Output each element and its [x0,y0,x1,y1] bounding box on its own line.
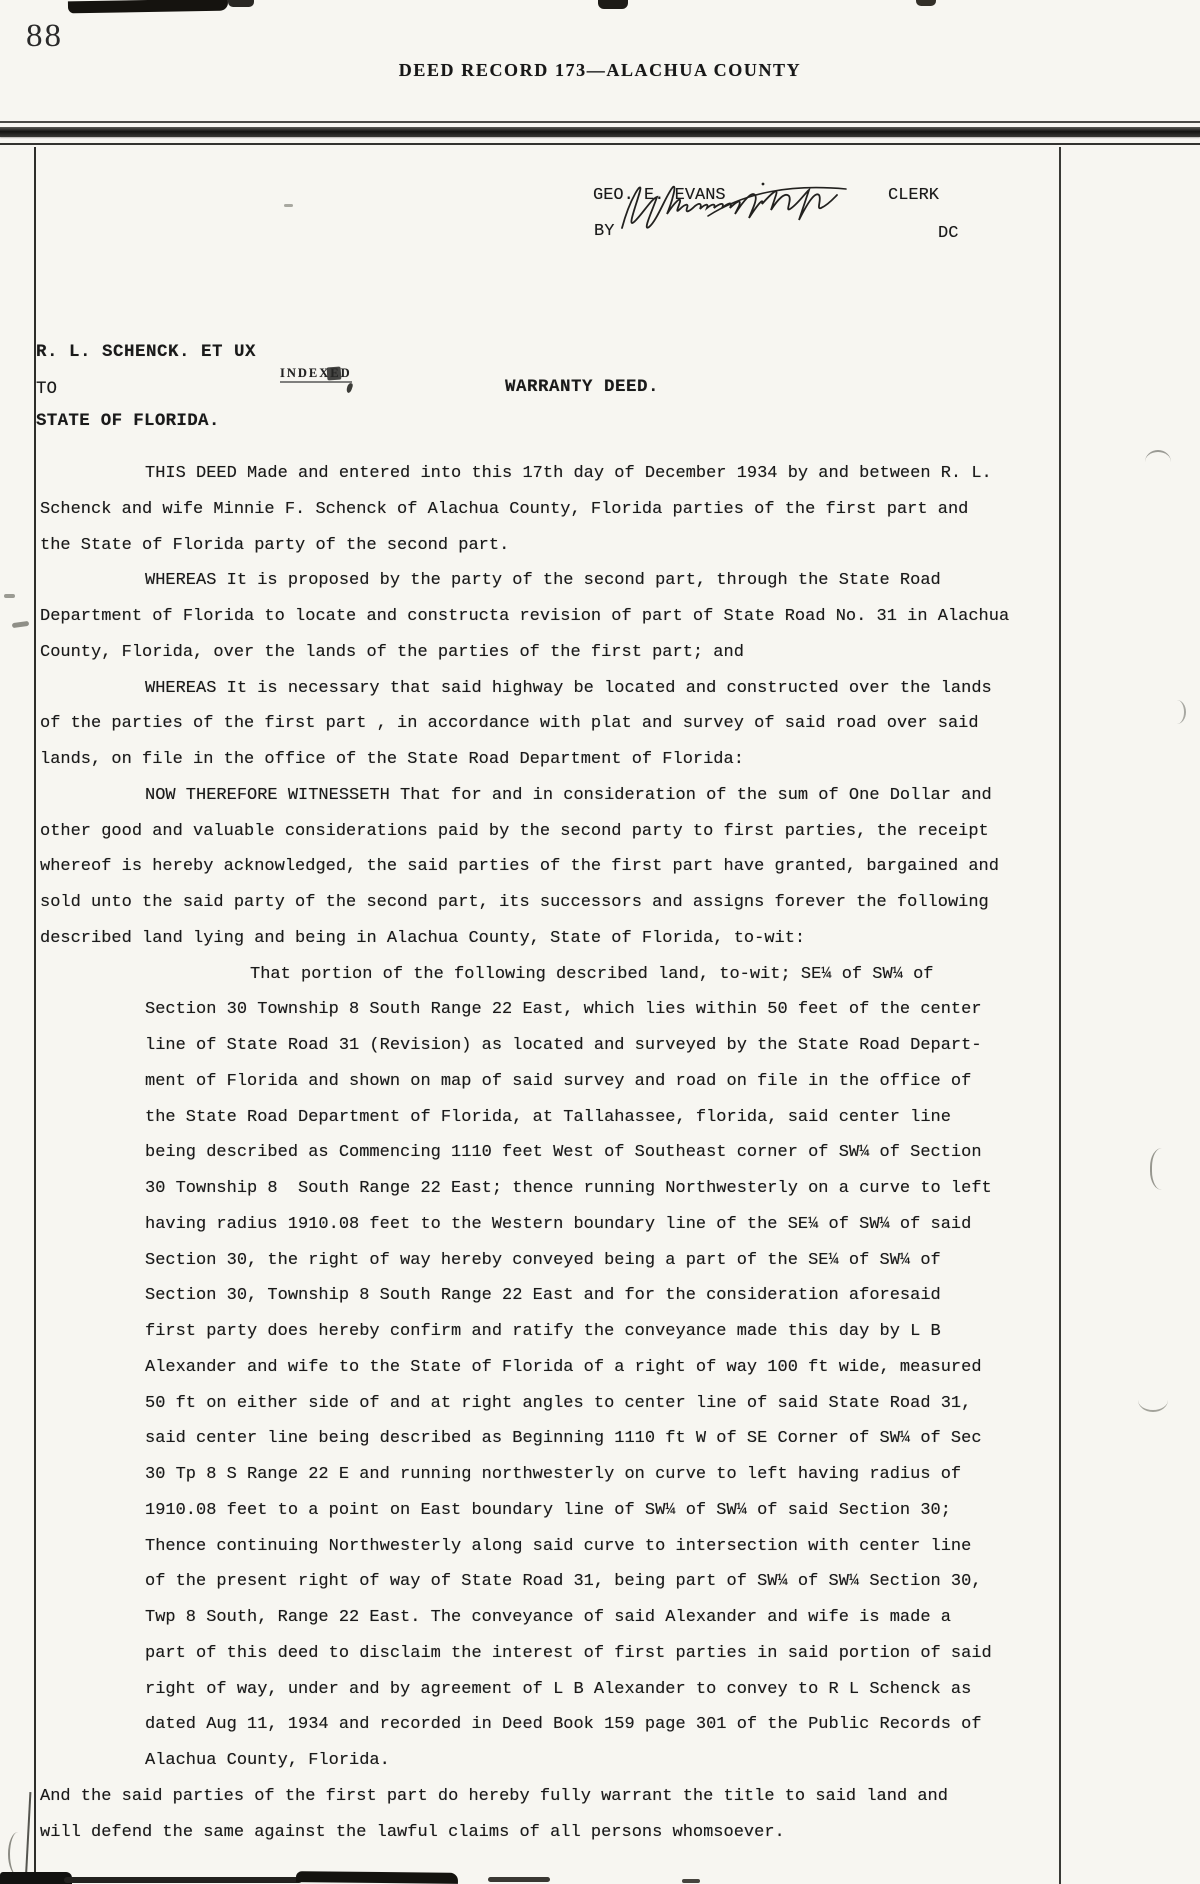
body-line: Section 30, Township 8 South Range 22 Ea… [40,1278,1190,1314]
scan-arc-artifact-1 [1145,450,1171,474]
body-line: lands, on file in the office of the Stat… [40,742,1190,778]
body-line: part of this deed to disclaim the intere… [40,1636,1190,1672]
scan-artifact-top-1 [68,0,228,13]
body-line: will defend the same against the lawful … [40,1815,1190,1851]
deputy-clerk-initials: DC [938,224,958,243]
body-line: of the parties of the first part , in ac… [40,706,1190,742]
body-line: Thence continuing Northwesterly along sa… [40,1529,1190,1565]
body-line: of the present right of way of State Roa… [40,1564,1190,1600]
body-line: THIS DEED Made and entered into this 17t… [40,456,1190,492]
body-line: 30 Township 8 South Range 22 East; thenc… [40,1171,1190,1207]
page-number: 88 [26,18,63,55]
caption-to-label: TO [36,379,57,399]
divider-rule-thin-top [0,121,1200,123]
body-line: 50 ft on either side of and at right ang… [40,1386,1190,1422]
body-line: NOW THEREFORE WITNESSETH That for and in… [40,778,1190,814]
body-line: the State of Florida party of the second… [40,528,1190,564]
body-line: That portion of the following described … [40,957,1190,993]
divider-rule-thin-bottom [0,143,1200,145]
scan-artifact-top-3 [598,0,628,9]
scan-speck-3 [284,204,293,207]
scan-artifact-top-4 [916,0,936,6]
deed-record-page: 88 DEED RECORD 173—ALACHUA COUNTY GEO. E… [0,0,1200,1884]
body-line: WHEREAS It is necessary that said highwa… [40,671,1190,707]
left-margin-rule [34,147,36,1884]
divider-rule-thick [0,127,1200,137]
grantee-name: STATE OF FLORIDA. [36,411,220,431]
body-line: WHEREAS It is proposed by the party of t… [40,563,1190,599]
body-line: having radius 1910.08 feet to the Wester… [40,1207,1190,1243]
scan-arc-artifact-6 [8,1832,28,1876]
scan-smudge-bottom-3 [296,1871,458,1884]
stamp-ink-blob [327,367,342,381]
scan-arc-artifact-3 [1150,1148,1176,1190]
body-line: Twp 8 South, Range 22 East. The conveyan… [40,1600,1190,1636]
scan-smudge-bottom-2 [64,1877,302,1883]
body-line: And the said parties of the first part d… [40,1779,1190,1815]
body-line: Section 30, the right of way hereby conv… [40,1243,1190,1279]
body-line: the State Road Department of Florida, at… [40,1100,1190,1136]
body-line: said center line being described as Begi… [40,1421,1190,1457]
body-line: whereof is hereby acknowledged, the said… [40,849,1190,885]
grantor-name: R. L. SCHENCK. ET UX [36,342,256,362]
body-line: first party does hereby confirm and rati… [40,1314,1190,1350]
stamp-ink-mark [346,382,354,393]
scan-smudge-bottom-5 [682,1879,700,1883]
body-line: Department of Florida to locate and cons… [40,599,1190,635]
record-header-title: DEED RECORD 173—ALACHUA COUNTY [0,60,1200,81]
scan-smudge-bottom-4 [488,1877,550,1882]
body-line: 30 Tp 8 S Range 22 E and running northwe… [40,1457,1190,1493]
scan-speck-2 [12,621,30,628]
scan-smudge-bottom-1 [0,1872,72,1884]
clerk-by-label: BY [594,222,614,241]
body-line: Schenck and wife Minnie F. Schenck of Al… [40,492,1190,528]
body-line: County, Florida, over the lands of the p… [40,635,1190,671]
body-line: dated Aug 11, 1934 and recorded in Deed … [40,1707,1190,1743]
scan-artifact-top-2 [228,0,254,7]
body-line: line of State Road 31 (Revision) as loca… [40,1028,1190,1064]
scan-arc-artifact-2 [1168,700,1186,724]
body-line: other good and valuable considerations p… [40,814,1190,850]
body-line: Section 30 Township 8 South Range 22 Eas… [40,992,1190,1028]
scan-arc-artifact-4 [1138,1388,1168,1412]
body-line: ment of Florida and shown on map of said… [40,1064,1190,1100]
body-line: being described as Commencing 1110 feet … [40,1135,1190,1171]
deed-body: THIS DEED Made and entered into this 17t… [40,456,1190,1850]
body-line: sold unto the said party of the second p… [40,885,1190,921]
body-line: 1910.08 feet to a point on East boundary… [40,1493,1190,1529]
body-line: right of way, under and by agreement of … [40,1672,1190,1708]
scan-speck-1 [4,594,15,598]
left-margin-rule-double [25,1792,32,1884]
clerk-title: CLERK [888,186,939,205]
body-line: Alachua County, Florida. [40,1743,1190,1779]
scan-arc-artifact-5 [1122,1682,1146,1716]
body-line: Alexander and wife to the State of Flori… [40,1350,1190,1386]
body-line: described land lying and being in Alachu… [40,921,1190,957]
instrument-title: WARRANTY DEED. [505,377,659,397]
clerk-signature-icon [616,176,852,242]
